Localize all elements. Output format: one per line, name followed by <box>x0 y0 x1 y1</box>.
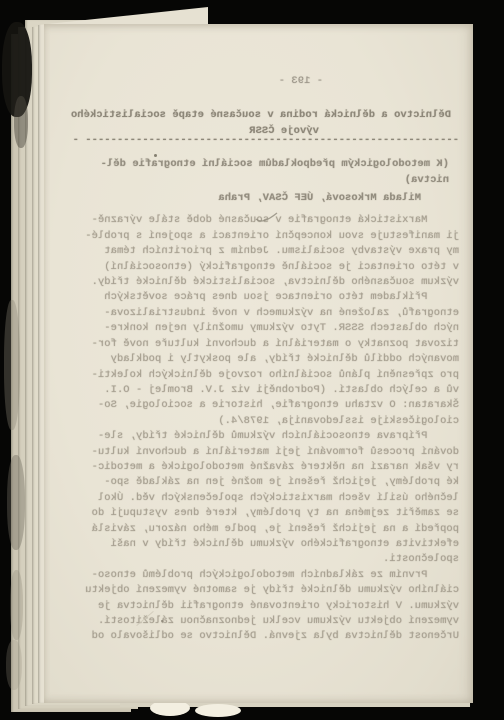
paper-speck <box>154 154 157 157</box>
paragraph: Příkladem této orientace jsou dnes práce… <box>73 290 459 429</box>
paragraph: Prvním ze základních metodologických pro… <box>73 568 459 645</box>
pen-checkmark-icon <box>255 210 279 224</box>
author-line: Milada Mrkosová, ÚEF ČSAV, Praha <box>73 191 421 206</box>
title-underline-rule: ----------------------------------------… <box>73 135 459 145</box>
page-number: - 193 - <box>73 74 323 89</box>
body-text: Marxistická etnografie v současné době s… <box>73 213 459 644</box>
subtitle-line1: (K metodologickým předpokladům sociální … <box>73 157 449 172</box>
page-curl-highlight <box>195 704 241 717</box>
book-photo-background: - 193 - Dělnictvo a dělnická rodina v so… <box>0 0 504 720</box>
paragraph: Marxistická etnografie v současné době s… <box>73 213 459 290</box>
subtitle-line2: nictva) <box>73 173 449 188</box>
document-title-line1: Dělnictvo a dělnická rodina v současné e… <box>73 108 451 123</box>
torn-edge-smudge <box>7 455 25 550</box>
torn-edge-smudge <box>4 300 20 430</box>
document-page: - 193 - Dělnictvo a dělnická rodina v so… <box>44 24 473 703</box>
torn-edge-smudge <box>10 570 23 640</box>
paper-speck <box>161 620 163 622</box>
torn-edge-smudge <box>6 640 22 690</box>
mirrored-page-content: - 193 - Dělnictvo a dělnická rodina v so… <box>44 24 473 703</box>
paragraph: Příprava etnosociálních výzkumů dělnické… <box>73 429 459 568</box>
torn-edge-smudge <box>14 96 28 148</box>
